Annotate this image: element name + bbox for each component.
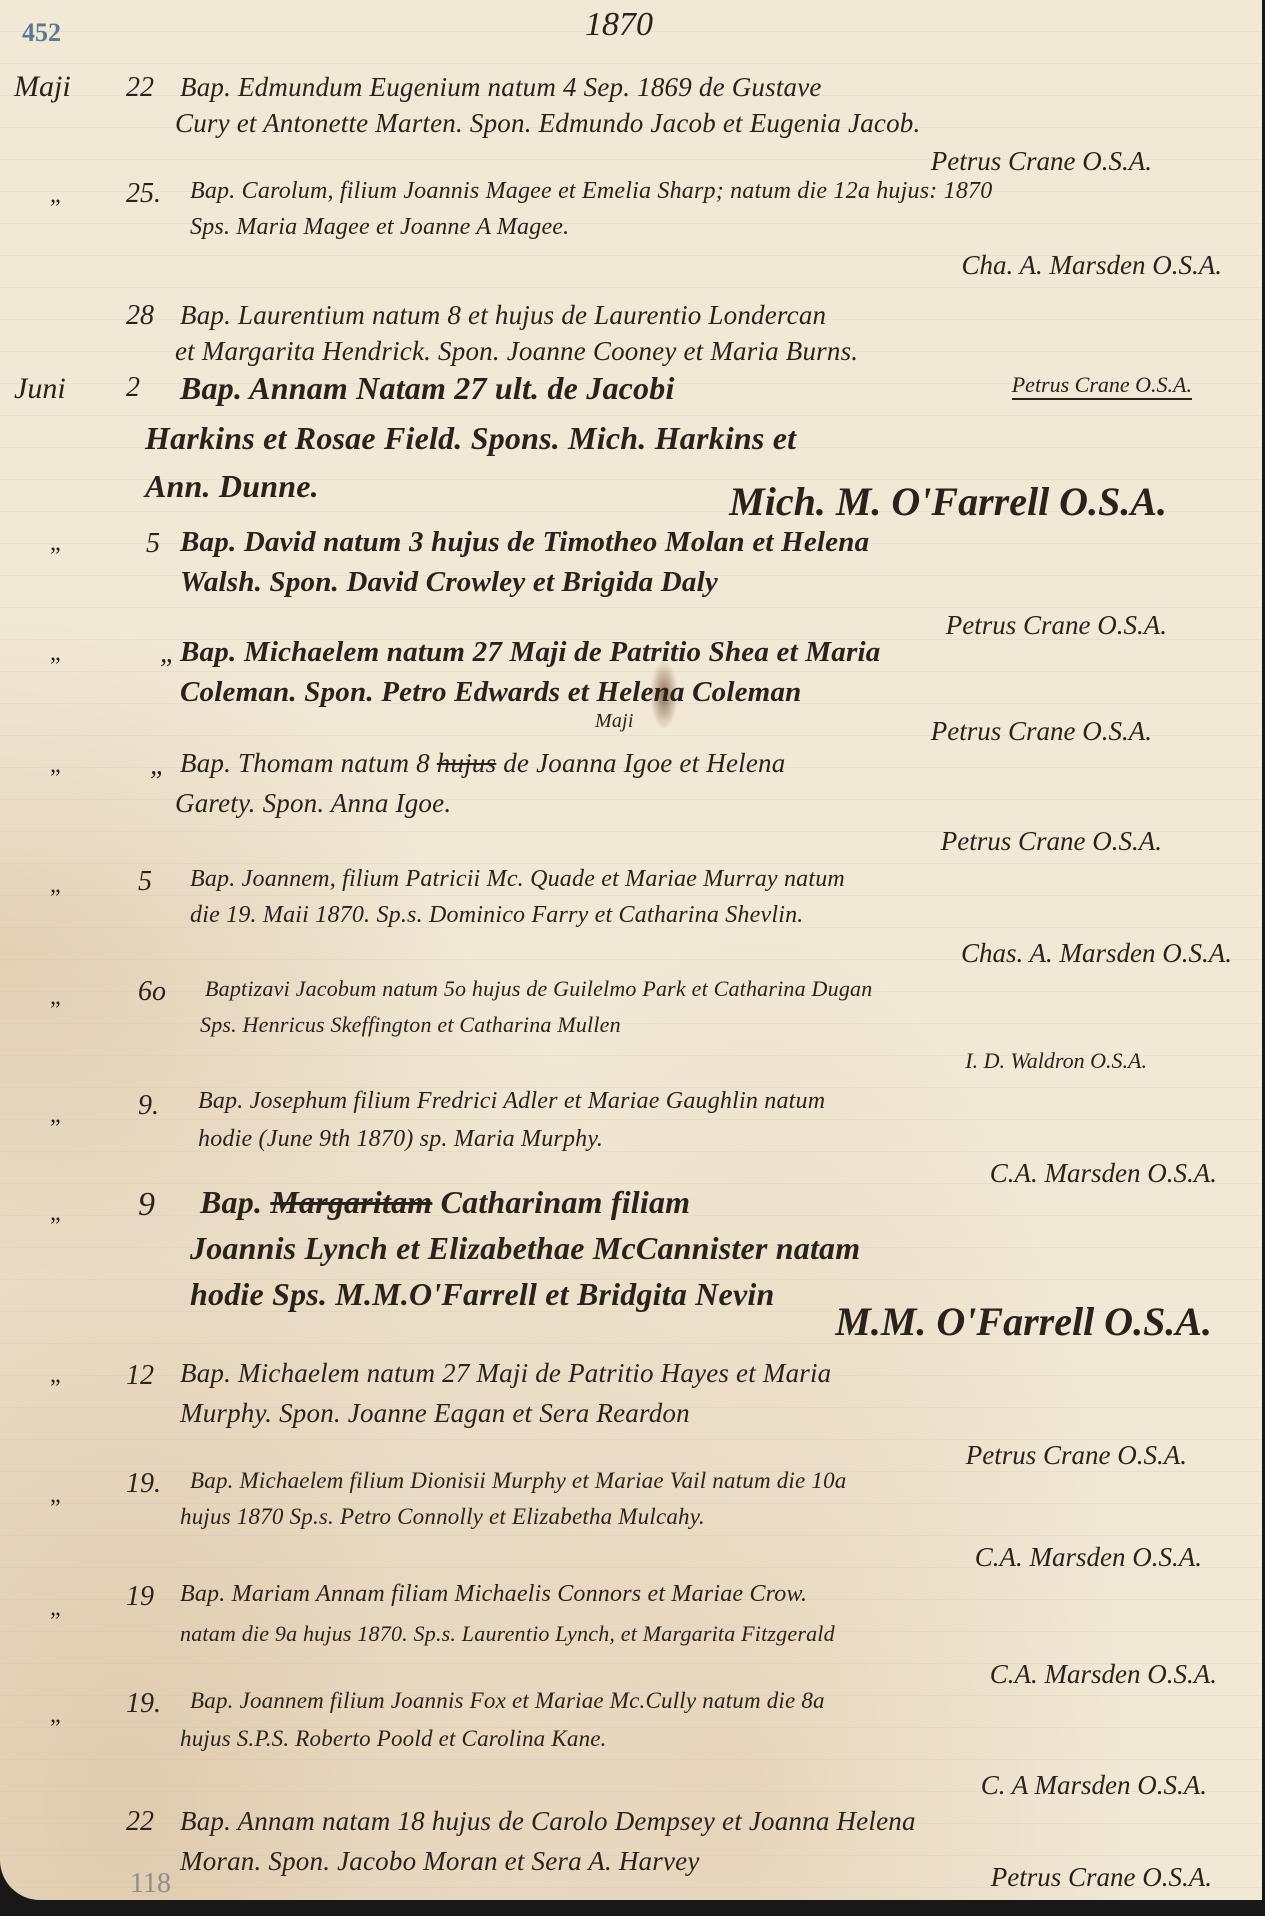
register-page: 452 1870 Maji 22 Bap. Edmundum Eugenium … [0, 0, 1262, 1900]
ditto-mark: „ [50, 1362, 61, 1389]
ditto-mark: „ [50, 984, 61, 1011]
pencil-note: 118 [130, 1868, 171, 1900]
entry-line: Bap. Annam Natam 27 ult. de Jacobi [180, 370, 675, 407]
entry-day: 5 [146, 528, 160, 560]
entry-line: Coleman. Spon. Petro Edwards et Helena C… [180, 676, 801, 709]
entry-line: Bap. Michaelem natum 27 Maji de Patritio… [180, 1358, 831, 1389]
ditto-mark: „ [50, 182, 61, 209]
officiant-signature: M.M. O'Farrell O.S.A. [835, 1298, 1212, 1345]
officiant-signature: Petrus Crane O.S.A. [941, 826, 1162, 857]
ditto-mark: „ [50, 1595, 61, 1622]
entry-day: 5 [138, 866, 152, 898]
entry-line: hodie Sps. M.M.O'Farrell et Bridgita Nev… [190, 1276, 774, 1313]
entry-day: 19. [126, 1468, 161, 1500]
entry-line: die 19. Maii 1870. Sp.s. Dominico Farry … [190, 902, 803, 929]
ditto-mark: „ [50, 1102, 61, 1129]
entry-line: Bap. Thomam natum 8 hujus de Joanna Igoe… [180, 748, 785, 779]
entry-line: Moran. Spon. Jacobo Moran et Sera A. Har… [180, 1846, 700, 1877]
entry-day: 22 [126, 72, 154, 104]
entry-line: Ann. Dunne. [145, 468, 319, 505]
entry-line: Sps. Henricus Skeffington et Catharina M… [200, 1012, 621, 1038]
officiant-signature: Petrus Crane O.S.A. [991, 1862, 1212, 1893]
ditto-mark: „ [50, 752, 61, 779]
entry-day: 22 [126, 1806, 154, 1838]
entry-line: Murphy. Spon. Joanne Eagan et Sera Reard… [180, 1398, 690, 1429]
entry-line: Garety. Spon. Anna Igoe. [175, 788, 451, 819]
entry-day: 19 [126, 1581, 154, 1613]
entry-line: Bap. Mariam Annam filiam Michaelis Conno… [180, 1581, 807, 1608]
entry-month: Juni [14, 372, 66, 406]
entry-day: 25. [126, 178, 161, 210]
ditto-mark: „ [50, 1200, 61, 1227]
entry-day: 6o [138, 976, 166, 1008]
entry-line: Baptizavi Jacobum natum 5o hujus de Guil… [205, 976, 872, 1002]
officiant-signature: Cha. A. Marsden O.S.A. [962, 250, 1223, 281]
entry-day: 9. [138, 1090, 159, 1122]
entry-line: Bap. Laurentium natum 8 et hujus de Laur… [180, 300, 826, 331]
officiant-signature: Petrus Crane O.S.A. [946, 610, 1167, 641]
insertion-above: Maji [595, 710, 634, 733]
page-number-stamp: 452 [22, 18, 61, 48]
entry-day: 2 [126, 372, 140, 404]
entry-line: Bap. Joannem filium Joannis Fox et Maria… [190, 1688, 825, 1714]
entry-day: 28 [126, 300, 154, 332]
officiant-signature: Petrus Crane O.S.A. [966, 1440, 1187, 1471]
entry-line: Harkins et Rosae Field. Spons. Mich. Har… [145, 420, 796, 457]
entry-day: „ [160, 638, 176, 670]
entry-line: Bap. Annam natam 18 hujus de Carolo Demp… [180, 1806, 916, 1837]
entry-line: Bap. Edmundum Eugenium natum 4 Sep. 1869… [180, 72, 822, 103]
entry-line: Sps. Maria Magee et Joanne A Magee. [190, 214, 569, 241]
entry-line: Bap. Joannem, filium Patricii Mc. Quade … [190, 866, 845, 893]
entry-line: hodie (June 9th 1870) sp. Maria Murphy. [198, 1126, 603, 1153]
ditto-mark: „ [50, 640, 61, 667]
entry-line: Joannis Lynch et Elizabethae McCannister… [190, 1230, 860, 1267]
entry-line: Bap. Carolum, filium Joannis Magee et Em… [190, 178, 992, 205]
ditto-mark: „ [50, 872, 61, 899]
entry-line: hujus 1870 Sp.s. Petro Connolly et Eliza… [180, 1504, 705, 1530]
entry-line: Bap. Michaelem filium Dionisii Murphy et… [190, 1468, 846, 1494]
entry-line: Bap. Margaritam Catharinam filiam [200, 1184, 690, 1221]
entry-day: 19. [126, 1688, 161, 1720]
entry-line: Cury et Antonette Marten. Spon. Edmundo … [175, 108, 920, 139]
officiant-signature: Petrus Crane O.S.A. [931, 716, 1152, 747]
officiant-signature: C.A. Marsden O.S.A. [990, 1158, 1217, 1189]
entry-day: 9 [138, 1186, 155, 1224]
entry-month: Maji [14, 70, 71, 104]
officiant-signature: Petrus Crane O.S.A. [931, 146, 1152, 177]
entry-line: Bap. David natum 3 hujus de Timotheo Mol… [180, 526, 869, 559]
struck-word: hujus [437, 748, 497, 778]
entry-line: Walsh. Spon. David Crowley et Brigida Da… [180, 566, 718, 599]
officiant-signature: Chas. A. Marsden O.S.A. [961, 938, 1232, 969]
page-year-heading: 1870 [585, 6, 653, 44]
entry-line: et Margarita Hendrick. Spon. Joanne Coon… [175, 336, 858, 367]
officiant-signature: Mich. M. O'Farrell O.S.A. [729, 478, 1167, 525]
entry-line: Bap. Michaelem natum 27 Maji de Patritio… [180, 636, 880, 669]
inline-signature-note: Petrus Crane O.S.A. [1012, 372, 1192, 400]
entry-day: „ [150, 750, 166, 782]
officiant-signature: C.A. Marsden O.S.A. [975, 1542, 1202, 1573]
entry-line: hujus S.P.S. Roberto Poold et Carolina K… [180, 1726, 607, 1752]
ditto-mark: „ [50, 1482, 61, 1509]
entry-day: 12 [126, 1360, 154, 1392]
officiant-signature: I. D. Waldron O.S.A. [965, 1048, 1147, 1074]
ditto-mark: „ [50, 530, 61, 557]
entry-line: Bap. Josephum filium Fredrici Adler et M… [198, 1088, 825, 1115]
officiant-signature: C. A Marsden O.S.A. [981, 1770, 1207, 1801]
struck-word: Margaritam [270, 1184, 432, 1220]
entry-line: natam die 9a hujus 1870. Sp.s. Laurentio… [180, 1621, 835, 1647]
ditto-mark: „ [50, 1702, 61, 1729]
officiant-signature: C.A. Marsden O.S.A. [990, 1659, 1217, 1690]
